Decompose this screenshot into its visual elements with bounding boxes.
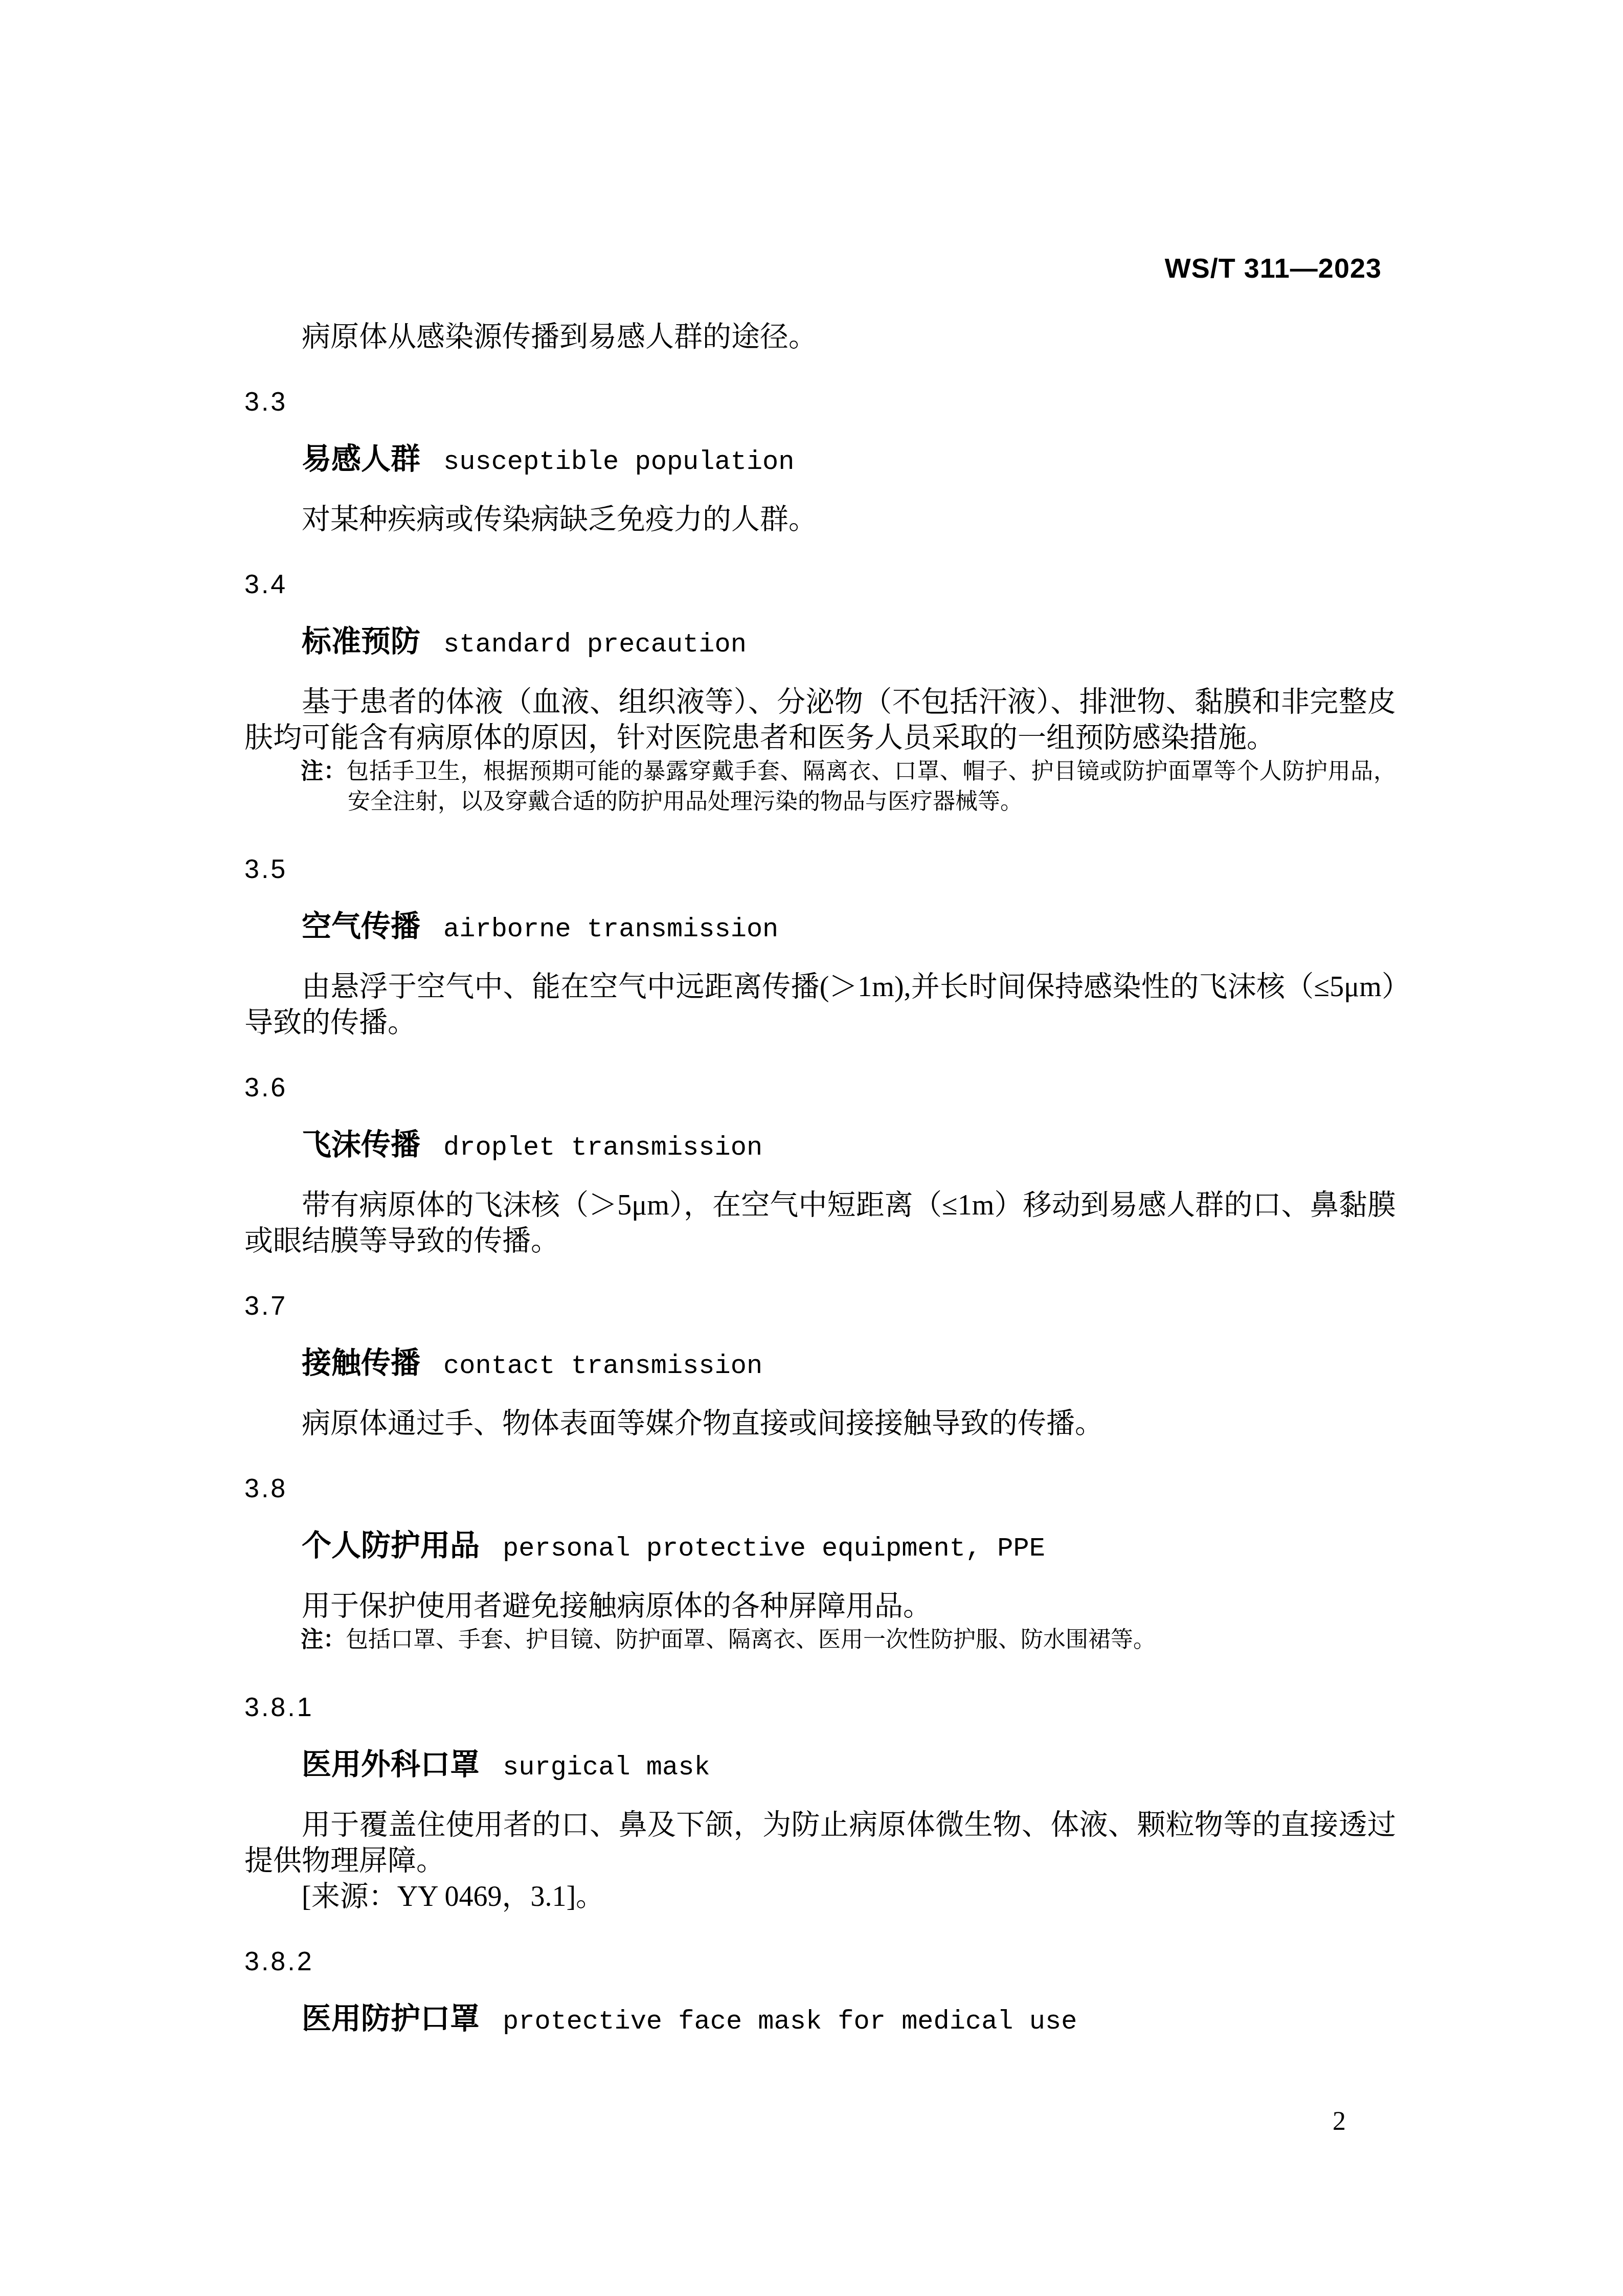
definition-paragraph: 由悬浮于空气中、能在空气中远距离传播(＞1m),并长时间保持感染性的飞沫核（≤5… bbox=[244, 969, 1396, 1041]
term-en: droplet transmission bbox=[443, 1133, 762, 1163]
definition-paragraph: 带有病原体的飞沫核（＞5μm），在空气中短距离（≤1m）移动到易感人群的口、鼻黏… bbox=[244, 1187, 1396, 1259]
section-number: 3.8.2 bbox=[244, 1944, 1396, 1979]
standard-number-header: WS/T 311—2023 bbox=[244, 251, 1396, 286]
definition-paragraph: 对某种疾病或传染病缺乏免疫力的人群。 bbox=[244, 502, 1396, 537]
definition-paragraph: 用于覆盖住使用者的口、鼻及下颌，为防止病原体微生物、体液、颗粒物等的直接透过提供… bbox=[244, 1807, 1396, 1879]
section-3-4: 3.4 标准预防standard precaution 基于患者的体液（血液、组… bbox=[244, 567, 1396, 817]
section-3-8-2: 3.8.2 医用防护口罩protective face mask for med… bbox=[244, 1944, 1396, 2040]
term-en: susceptible population bbox=[443, 447, 795, 477]
term-cn: 空气传播 bbox=[302, 910, 420, 943]
section-3-8-1: 3.8.1 医用外科口罩surgical mask 用于覆盖住使用者的口、鼻及下… bbox=[244, 1690, 1396, 1915]
section-number: 3.8 bbox=[244, 1471, 1396, 1506]
section-number: 3.4 bbox=[244, 567, 1396, 602]
term-cn: 飞沫传播 bbox=[302, 1128, 420, 1161]
term-cn: 标准预防 bbox=[302, 625, 420, 658]
note: 注：包括口罩、手套、护目镜、防护面罩、隔离衣、医用一次性防护服、防水围裙等。 bbox=[244, 1625, 1396, 1655]
term-line: 易感人群susceptible population bbox=[244, 441, 1396, 480]
note-text: 包括手卫生，根据预期可能的暴露穿戴手套、隔离衣、口罩、帽子、护目镜或防护面罩等个… bbox=[346, 759, 1396, 814]
term-line: 标准预防standard precaution bbox=[244, 624, 1396, 663]
term-line: 飞沫传播droplet transmission bbox=[244, 1127, 1396, 1166]
section-3-6: 3.6 飞沫传播droplet transmission 带有病原体的飞沫核（＞… bbox=[244, 1070, 1396, 1259]
term-line: 接触传播contact transmission bbox=[244, 1345, 1396, 1384]
note: 注：包括手卫生，根据预期可能的暴露穿戴手套、隔离衣、口罩、帽子、护目镜或防护面罩… bbox=[244, 756, 1396, 817]
section-number: 3.3 bbox=[244, 384, 1396, 420]
term-en: standard precaution bbox=[443, 629, 747, 660]
section-3-7: 3.7 接触传播contact transmission 病原体通过手、物体表面… bbox=[244, 1288, 1396, 1442]
term-line: 医用外科口罩surgical mask bbox=[244, 1747, 1396, 1786]
term-cn: 医用外科口罩 bbox=[302, 1748, 480, 1781]
term-cn: 医用防护口罩 bbox=[302, 2002, 480, 2035]
term-en: surgical mask bbox=[503, 1752, 710, 1783]
document-page: WS/T 311—2023 病原体从感染源传播到易感人群的途径。 3.3 易感人… bbox=[0, 0, 1623, 2296]
term-en: contact transmission bbox=[443, 1351, 762, 1381]
term-line: 个人防护用品personal protective equipment, PPE bbox=[244, 1528, 1396, 1567]
page-number: 2 bbox=[1333, 2106, 1346, 2137]
note-text: 包括口罩、手套、护目镜、防护面罩、隔离衣、医用一次性防护服、防水围裙等。 bbox=[346, 1627, 1156, 1652]
section-number: 3.6 bbox=[244, 1070, 1396, 1106]
term-en: personal protective equipment, PPE bbox=[503, 1534, 1045, 1564]
note-label: 注： bbox=[301, 759, 346, 784]
term-en: protective face mask for medical use bbox=[503, 2007, 1077, 2037]
section-3-5: 3.5 空气传播airborne transmission 由悬浮于空气中、能在… bbox=[244, 851, 1396, 1041]
section-number: 3.7 bbox=[244, 1288, 1396, 1324]
term-en: airborne transmission bbox=[443, 914, 778, 944]
source-reference: [来源：YY 0469，3.1]。 bbox=[244, 1879, 1396, 1915]
term-line: 医用防护口罩protective face mask for medical u… bbox=[244, 2001, 1396, 2040]
term-line: 空气传播airborne transmission bbox=[244, 909, 1396, 948]
definition-paragraph: 病原体通过手、物体表面等媒介物直接或间接接触导致的传播。 bbox=[244, 1406, 1396, 1442]
term-cn: 易感人群 bbox=[302, 442, 420, 476]
term-cn: 个人防护用品 bbox=[302, 1529, 480, 1562]
intro-paragraph: 病原体从感染源传播到易感人群的途径。 bbox=[244, 319, 1396, 355]
note-label: 注： bbox=[301, 1627, 346, 1652]
section-3-8: 3.8 个人防护用品personal protective equipment,… bbox=[244, 1471, 1396, 1655]
definition-paragraph: 基于患者的体液（血液、组织液等）、分泌物（不包括汗液）、排泄物、黏膜和非完整皮肤… bbox=[244, 684, 1396, 756]
term-cn: 接触传播 bbox=[302, 1346, 420, 1380]
definition-paragraph: 用于保护使用者避免接触病原体的各种屏障用品。 bbox=[244, 1588, 1396, 1624]
section-number: 3.8.1 bbox=[244, 1690, 1396, 1725]
section-3-3: 3.3 易感人群susceptible population 对某种疾病或传染病… bbox=[244, 384, 1396, 537]
section-number: 3.5 bbox=[244, 851, 1396, 887]
page-content: WS/T 311—2023 病原体从感染源传播到易感人群的途径。 3.3 易感人… bbox=[244, 0, 1396, 2040]
